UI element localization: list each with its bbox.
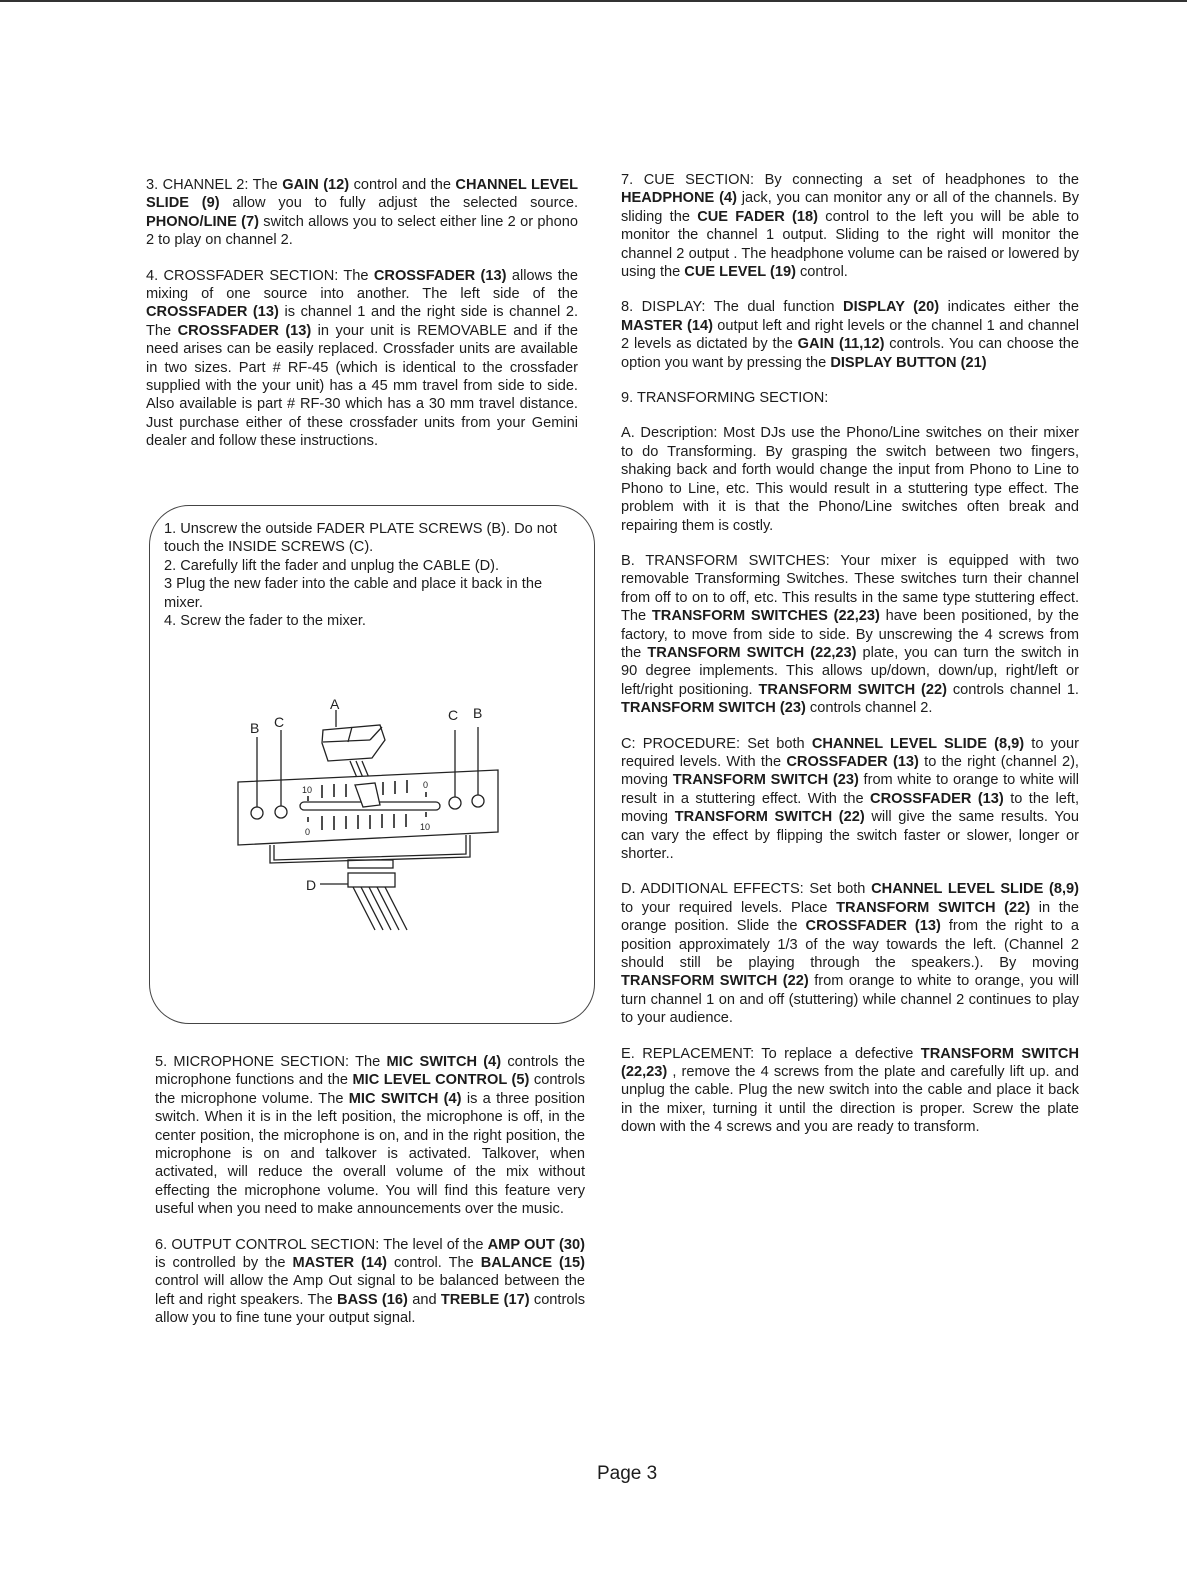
scan-top-edge [0, 0, 1187, 2]
scale-top-left: 10 [302, 785, 312, 795]
control-reference: HEADPHONE (4) [621, 190, 737, 206]
control-reference: TRANSFORM SWITCH (23) [621, 700, 806, 716]
section-replacement: E. REPLACEMENT: To replace a defective T… [621, 1045, 1079, 1137]
control-reference: GAIN (12) [282, 177, 349, 193]
page-number: Page 3 [597, 1463, 657, 1485]
section-microphone: 5. MICROPHONE SECTION: The MIC SWITCH (4… [155, 1053, 585, 1219]
right-column: 7. CUE SECTION: By connecting a set of h… [621, 171, 1079, 1154]
control-reference: CHANNEL LEVEL SLIDE (9) [146, 177, 578, 211]
section-display: 8. DISPLAY: The dual function DISPLAY (2… [621, 298, 1079, 372]
left-column: 3. CHANNEL 2: The GAIN (12) control and … [146, 176, 578, 468]
section-transform-switches: B. TRANSFORM SWITCHES: Your mixer is equ… [621, 552, 1079, 718]
scale-bottom-right: 10 [420, 822, 430, 832]
step-4: 4. Screw the fader to the mixer. [164, 612, 574, 630]
label-c-left: C [274, 714, 284, 730]
scale-bottom-left: 0 [305, 827, 310, 837]
section-output-control: 6. OUTPUT CONTROL SECTION: The level of … [155, 1236, 585, 1328]
control-reference: CROSSFADER (13) [806, 918, 941, 934]
control-reference: TRANSFORM SWITCH (22) [836, 900, 1030, 916]
control-reference: BALANCE (15) [481, 1255, 585, 1271]
control-reference: DISPLAY BUTTON (21) [830, 355, 986, 371]
control-reference: TRANSFORM SWITCH (22) [621, 973, 809, 989]
control-reference: CROSSFADER (13) [870, 791, 1004, 807]
section-transform-description: A. Description: Most DJs use the Phono/L… [621, 424, 1079, 534]
fader-replacement-steps: 1. Unscrew the outside FADER PLATE SCREW… [164, 520, 574, 630]
control-reference: CROSSFADER (13) [146, 304, 279, 320]
control-reference: CROSSFADER (13) [374, 268, 507, 284]
control-reference: CHANNEL LEVEL SLIDE (8,9) [871, 881, 1079, 897]
control-reference: CUE FADER (18) [697, 209, 818, 225]
control-reference: MASTER (14) [621, 318, 713, 334]
scale-top-right: 0 [423, 780, 428, 790]
control-reference: TRANSFORM SWITCH (22) [675, 809, 865, 825]
control-reference: TRANSFORM SWITCH (22) [759, 682, 947, 698]
control-reference: BASS (16) [337, 1292, 408, 1308]
crossfader-diagram: A B C C B D 10 0 0 10 [230, 685, 500, 935]
section-procedure: C: PROCEDURE: Set both CHANNEL LEVEL SLI… [621, 735, 1079, 864]
control-reference: CROSSFADER (13) [178, 323, 312, 339]
label-b-left: B [250, 720, 259, 736]
left-column-lower: 5. MICROPHONE SECTION: The MIC SWITCH (4… [155, 1053, 585, 1345]
label-a: A [330, 696, 340, 712]
control-reference: CUE LEVEL (19) [684, 264, 796, 280]
label-b-right: B [473, 705, 482, 721]
control-reference: DISPLAY (20) [843, 299, 939, 315]
control-reference: GAIN (11,12) [798, 336, 885, 352]
section-channel-2: 3. CHANNEL 2: The GAIN (12) control and … [146, 176, 578, 250]
control-reference: MASTER (14) [292, 1255, 387, 1271]
control-reference: TRANSFORM SWITCH (23) [673, 772, 859, 788]
control-reference: MIC LEVEL CONTROL (5) [352, 1072, 529, 1088]
control-reference: CROSSFADER (13) [786, 754, 919, 770]
step-1: 1. Unscrew the outside FADER PLATE SCREW… [164, 520, 574, 557]
control-reference: AMP OUT (30) [488, 1237, 585, 1253]
label-c-right: C [448, 707, 458, 723]
section-crossfader: 4. CROSSFADER SECTION: The CROSSFADER (1… [146, 267, 578, 451]
step-2: 2. Carefully lift the fader and unplug t… [164, 557, 574, 575]
section-additional-effects: D. ADDITIONAL EFFECTS: Set both CHANNEL … [621, 880, 1079, 1027]
control-reference: PHONO/LINE (7) [146, 214, 259, 230]
control-reference: CHANNEL LEVEL SLIDE (8,9) [812, 736, 1024, 752]
control-reference: TRANSFORM SWITCH (22,23) [647, 645, 856, 661]
control-reference: MIC SWITCH (4) [386, 1054, 501, 1070]
section-cue: 7. CUE SECTION: By connecting a set of h… [621, 171, 1079, 281]
control-reference: TRANSFORM SWITCH (22,23) [621, 1046, 1079, 1080]
control-reference: MIC SWITCH (4) [349, 1091, 462, 1107]
control-reference: TREBLE (17) [441, 1292, 530, 1308]
label-d: D [306, 877, 316, 893]
step-3: 3 Plug the new fader into the cable and … [164, 575, 574, 612]
control-reference: TRANSFORM SWITCHES (22,23) [652, 608, 880, 624]
section-transforming-heading: 9. TRANSFORMING SECTION: [621, 389, 1079, 407]
